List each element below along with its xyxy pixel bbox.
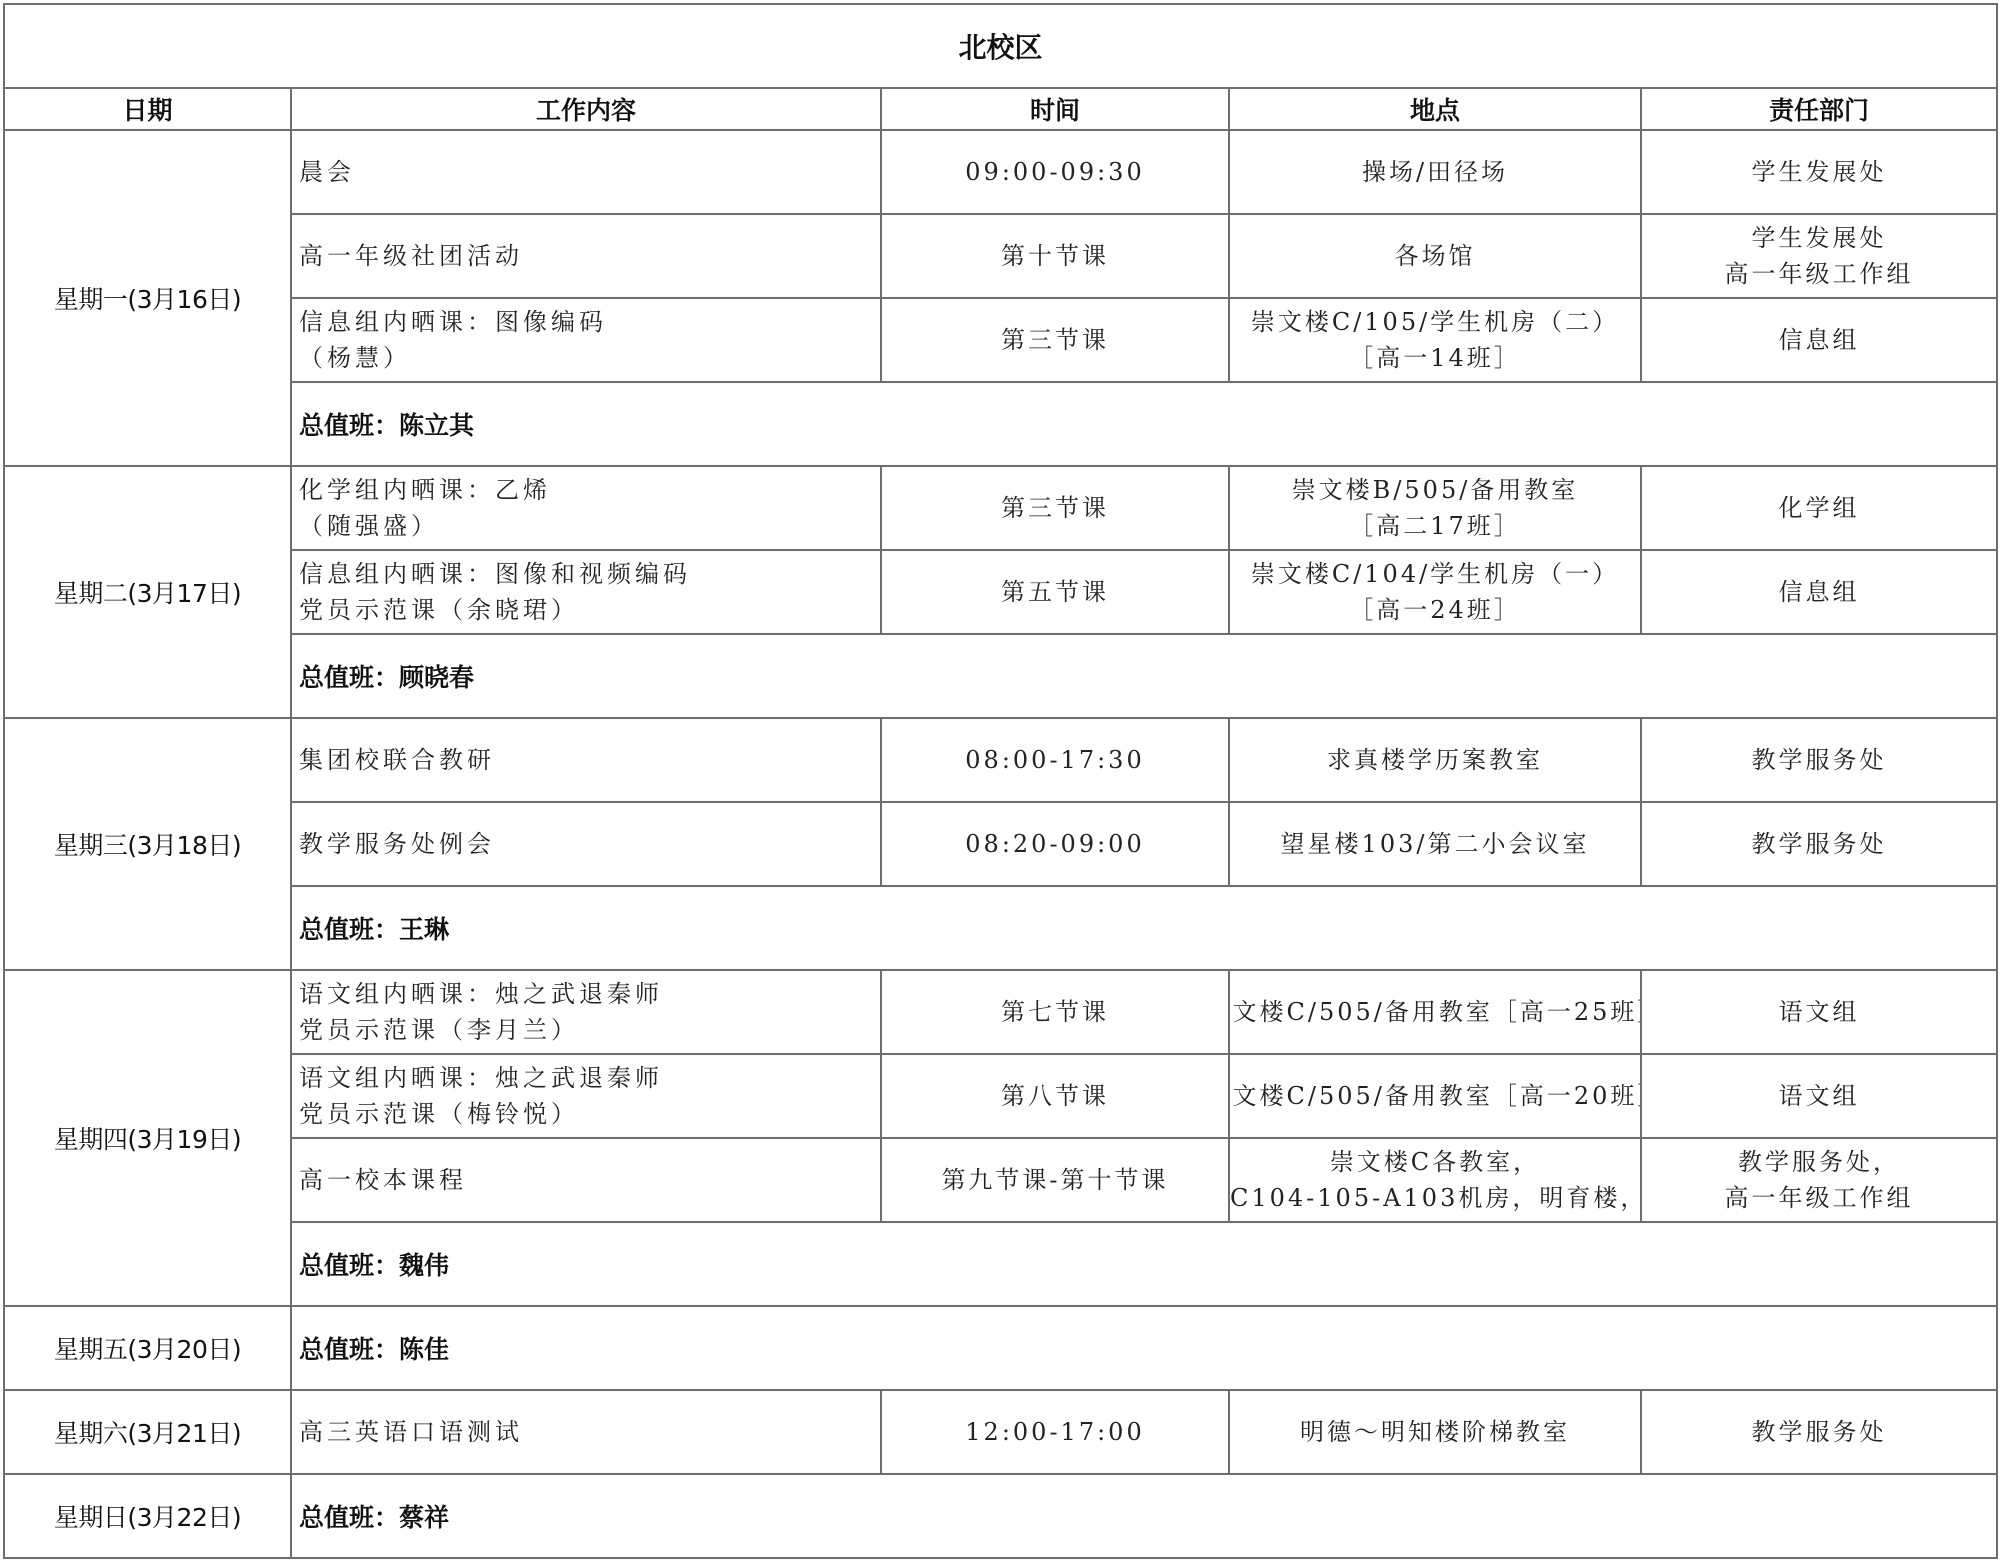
duty-officer: 总值班：王琳: [291, 886, 1997, 970]
event-dept: 语文组: [1641, 1054, 1997, 1138]
event-time: 第七节课: [881, 970, 1229, 1054]
table-row: 信息组内晒课：图像编码（杨慧） 第三节课 崇文楼C/105/学生机房（二）［高一…: [4, 298, 1997, 382]
event-content: 集团校联合教研: [291, 718, 881, 802]
schedule-table: 北校区 日期 工作内容 时间 地点 责任部门 星期一(3月16日) 晨会 09:…: [3, 3, 1998, 1559]
event-dept: 学生发展处: [1641, 130, 1997, 214]
event-content: 语文组内晒课：烛之武退秦师党员示范课（梅铃悦）: [291, 1054, 881, 1138]
table-row: 星期六(3月21日) 高三英语口语测试 12:00-17:00 明德～明知楼阶梯…: [4, 1390, 1997, 1474]
title-row: 北校区: [4, 4, 1997, 88]
event-content: 信息组内晒课：图像编码（杨慧）: [291, 298, 881, 382]
table-row: 总值班：陈立其: [4, 382, 1997, 466]
event-content: 高一校本课程: [291, 1138, 881, 1222]
date-cell-tuesday: 星期二(3月17日): [4, 466, 291, 718]
table-row: 星期五(3月20日) 总值班：陈佳: [4, 1306, 1997, 1390]
header-dept: 责任部门: [1641, 88, 1997, 130]
duty-officer: 总值班：陈佳: [291, 1306, 1997, 1390]
event-time: 第九节课-第十节课: [881, 1138, 1229, 1222]
event-place: 崇文楼C/505/备用教室［高一20班］: [1229, 1054, 1641, 1138]
campus-title: 北校区: [4, 4, 1997, 88]
event-place: 明德～明知楼阶梯教室: [1229, 1390, 1641, 1474]
date-cell-wednesday: 星期三(3月18日): [4, 718, 291, 970]
event-dept: 信息组: [1641, 298, 1997, 382]
table-row: 星期二(3月17日) 化学组内晒课：乙烯（随强盛） 第三节课 崇文楼B/505/…: [4, 466, 1997, 550]
header-row: 日期 工作内容 时间 地点 责任部门: [4, 88, 1997, 130]
event-content: 高三英语口语测试: [291, 1390, 881, 1474]
event-place: 求真楼学历案教室: [1229, 718, 1641, 802]
header-place: 地点: [1229, 88, 1641, 130]
event-content: 晨会: [291, 130, 881, 214]
date-cell-sunday: 星期日(3月22日): [4, 1474, 291, 1558]
event-dept: 化学组: [1641, 466, 1997, 550]
date-cell-friday: 星期五(3月20日): [4, 1306, 291, 1390]
event-dept: 教学服务处: [1641, 802, 1997, 886]
event-content: 教学服务处例会: [291, 802, 881, 886]
date-cell-monday: 星期一(3月16日): [4, 130, 291, 466]
table-row: 星期一(3月16日) 晨会 09:00-09:30 操场/田径场 学生发展处: [4, 130, 1997, 214]
event-dept: 教学服务处: [1641, 718, 1997, 802]
event-time: 第三节课: [881, 466, 1229, 550]
event-place: 操场/田径场: [1229, 130, 1641, 214]
duty-officer: 总值班：顾晓春: [291, 634, 1997, 718]
event-time: 12:00-17:00: [881, 1390, 1229, 1474]
duty-officer: 总值班：魏伟: [291, 1222, 1997, 1306]
event-place: 各场馆: [1229, 214, 1641, 298]
event-place: 崇文楼B/505/备用教室［高二17班］: [1229, 466, 1641, 550]
event-content: 语文组内晒课：烛之武退秦师党员示范课（李月兰）: [291, 970, 881, 1054]
event-dept: 教学服务处，高一年级工作组: [1641, 1138, 1997, 1222]
event-time: 第十节课: [881, 214, 1229, 298]
duty-officer: 总值班：蔡祥: [291, 1474, 1997, 1558]
header-content: 工作内容: [291, 88, 881, 130]
table-row: 星期三(3月18日) 集团校联合教研 08:00-17:30 求真楼学历案教室 …: [4, 718, 1997, 802]
event-time: 08:20-09:00: [881, 802, 1229, 886]
event-dept: 语文组: [1641, 970, 1997, 1054]
table-row: 信息组内晒课：图像和视频编码党员示范课（余晓珺） 第五节课 崇文楼C/104/学…: [4, 550, 1997, 634]
event-time: 第八节课: [881, 1054, 1229, 1138]
event-dept: 信息组: [1641, 550, 1997, 634]
duty-officer: 总值班：陈立其: [291, 382, 1997, 466]
event-time: 第三节课: [881, 298, 1229, 382]
event-content: 高一年级社团活动: [291, 214, 881, 298]
event-time: 08:00-17:30: [881, 718, 1229, 802]
event-place: 崇文楼C/104/学生机房（一）［高一24班］: [1229, 550, 1641, 634]
event-time: 第五节课: [881, 550, 1229, 634]
table-row: 星期日(3月22日) 总值班：蔡祥: [4, 1474, 1997, 1558]
date-cell-saturday: 星期六(3月21日): [4, 1390, 291, 1474]
table-row: 语文组内晒课：烛之武退秦师党员示范课（梅铃悦） 第八节课 崇文楼C/505/备用…: [4, 1054, 1997, 1138]
table-row: 高一校本课程 第九节课-第十节课 崇文楼C各教室，C104-105-A103机房…: [4, 1138, 1997, 1222]
event-place: 崇文楼C/505/备用教室［高一25班］: [1229, 970, 1641, 1054]
table-row: 教学服务处例会 08:20-09:00 望星楼103/第二小会议室 教学服务处: [4, 802, 1997, 886]
table-row: 星期四(3月19日) 语文组内晒课：烛之武退秦师党员示范课（李月兰） 第七节课 …: [4, 970, 1997, 1054]
event-dept: 教学服务处: [1641, 1390, 1997, 1474]
event-content: 信息组内晒课：图像和视频编码党员示范课（余晓珺）: [291, 550, 881, 634]
table-row: 总值班：顾晓春: [4, 634, 1997, 718]
table-row: 高一年级社团活动 第十节课 各场馆 学生发展处高一年级工作组: [4, 214, 1997, 298]
date-cell-thursday: 星期四(3月19日): [4, 970, 291, 1306]
event-time: 09:00-09:30: [881, 130, 1229, 214]
event-dept: 学生发展处高一年级工作组: [1641, 214, 1997, 298]
event-content: 化学组内晒课：乙烯（随强盛）: [291, 466, 881, 550]
table-row: 总值班：王琳: [4, 886, 1997, 970]
header-date: 日期: [4, 88, 291, 130]
table-row: 总值班：魏伟: [4, 1222, 1997, 1306]
event-place: 望星楼103/第二小会议室: [1229, 802, 1641, 886]
event-place: 崇文楼C/105/学生机房（二）［高一14班］: [1229, 298, 1641, 382]
header-time: 时间: [881, 88, 1229, 130]
event-place: 崇文楼C各教室，C104-105-A103机房，明育楼，: [1229, 1138, 1641, 1222]
